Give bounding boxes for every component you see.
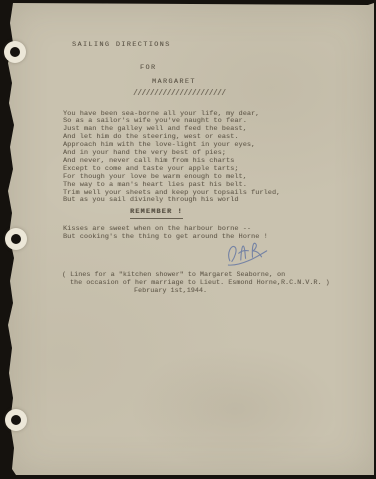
- title-name: MARGARET: [152, 79, 196, 87]
- punch-hole-middle: [5, 228, 27, 250]
- dedication-line: the occasion of her marriage to Lieut. E…: [70, 279, 330, 287]
- title-line: SAILING DIRECTIONS: [72, 42, 171, 50]
- title-for: FOR: [140, 65, 156, 73]
- slash-divider: //////////////////////: [133, 90, 225, 98]
- poem-line: But as you sail divinely through his wor…: [63, 197, 239, 205]
- punch-hole-top: [4, 41, 26, 63]
- dedication-line: ( Lines for a "kitchen shower" to Margar…: [62, 271, 285, 279]
- signature-initials-icon: [222, 235, 272, 270]
- punch-hole-bottom: [5, 409, 27, 431]
- scanned-page: SAILING DIRECTIONS FOR MARGARET ////////…: [0, 0, 376, 479]
- dedication-line: February 1st,1944.: [134, 287, 207, 295]
- remember-heading: REMEMBER !: [130, 209, 183, 219]
